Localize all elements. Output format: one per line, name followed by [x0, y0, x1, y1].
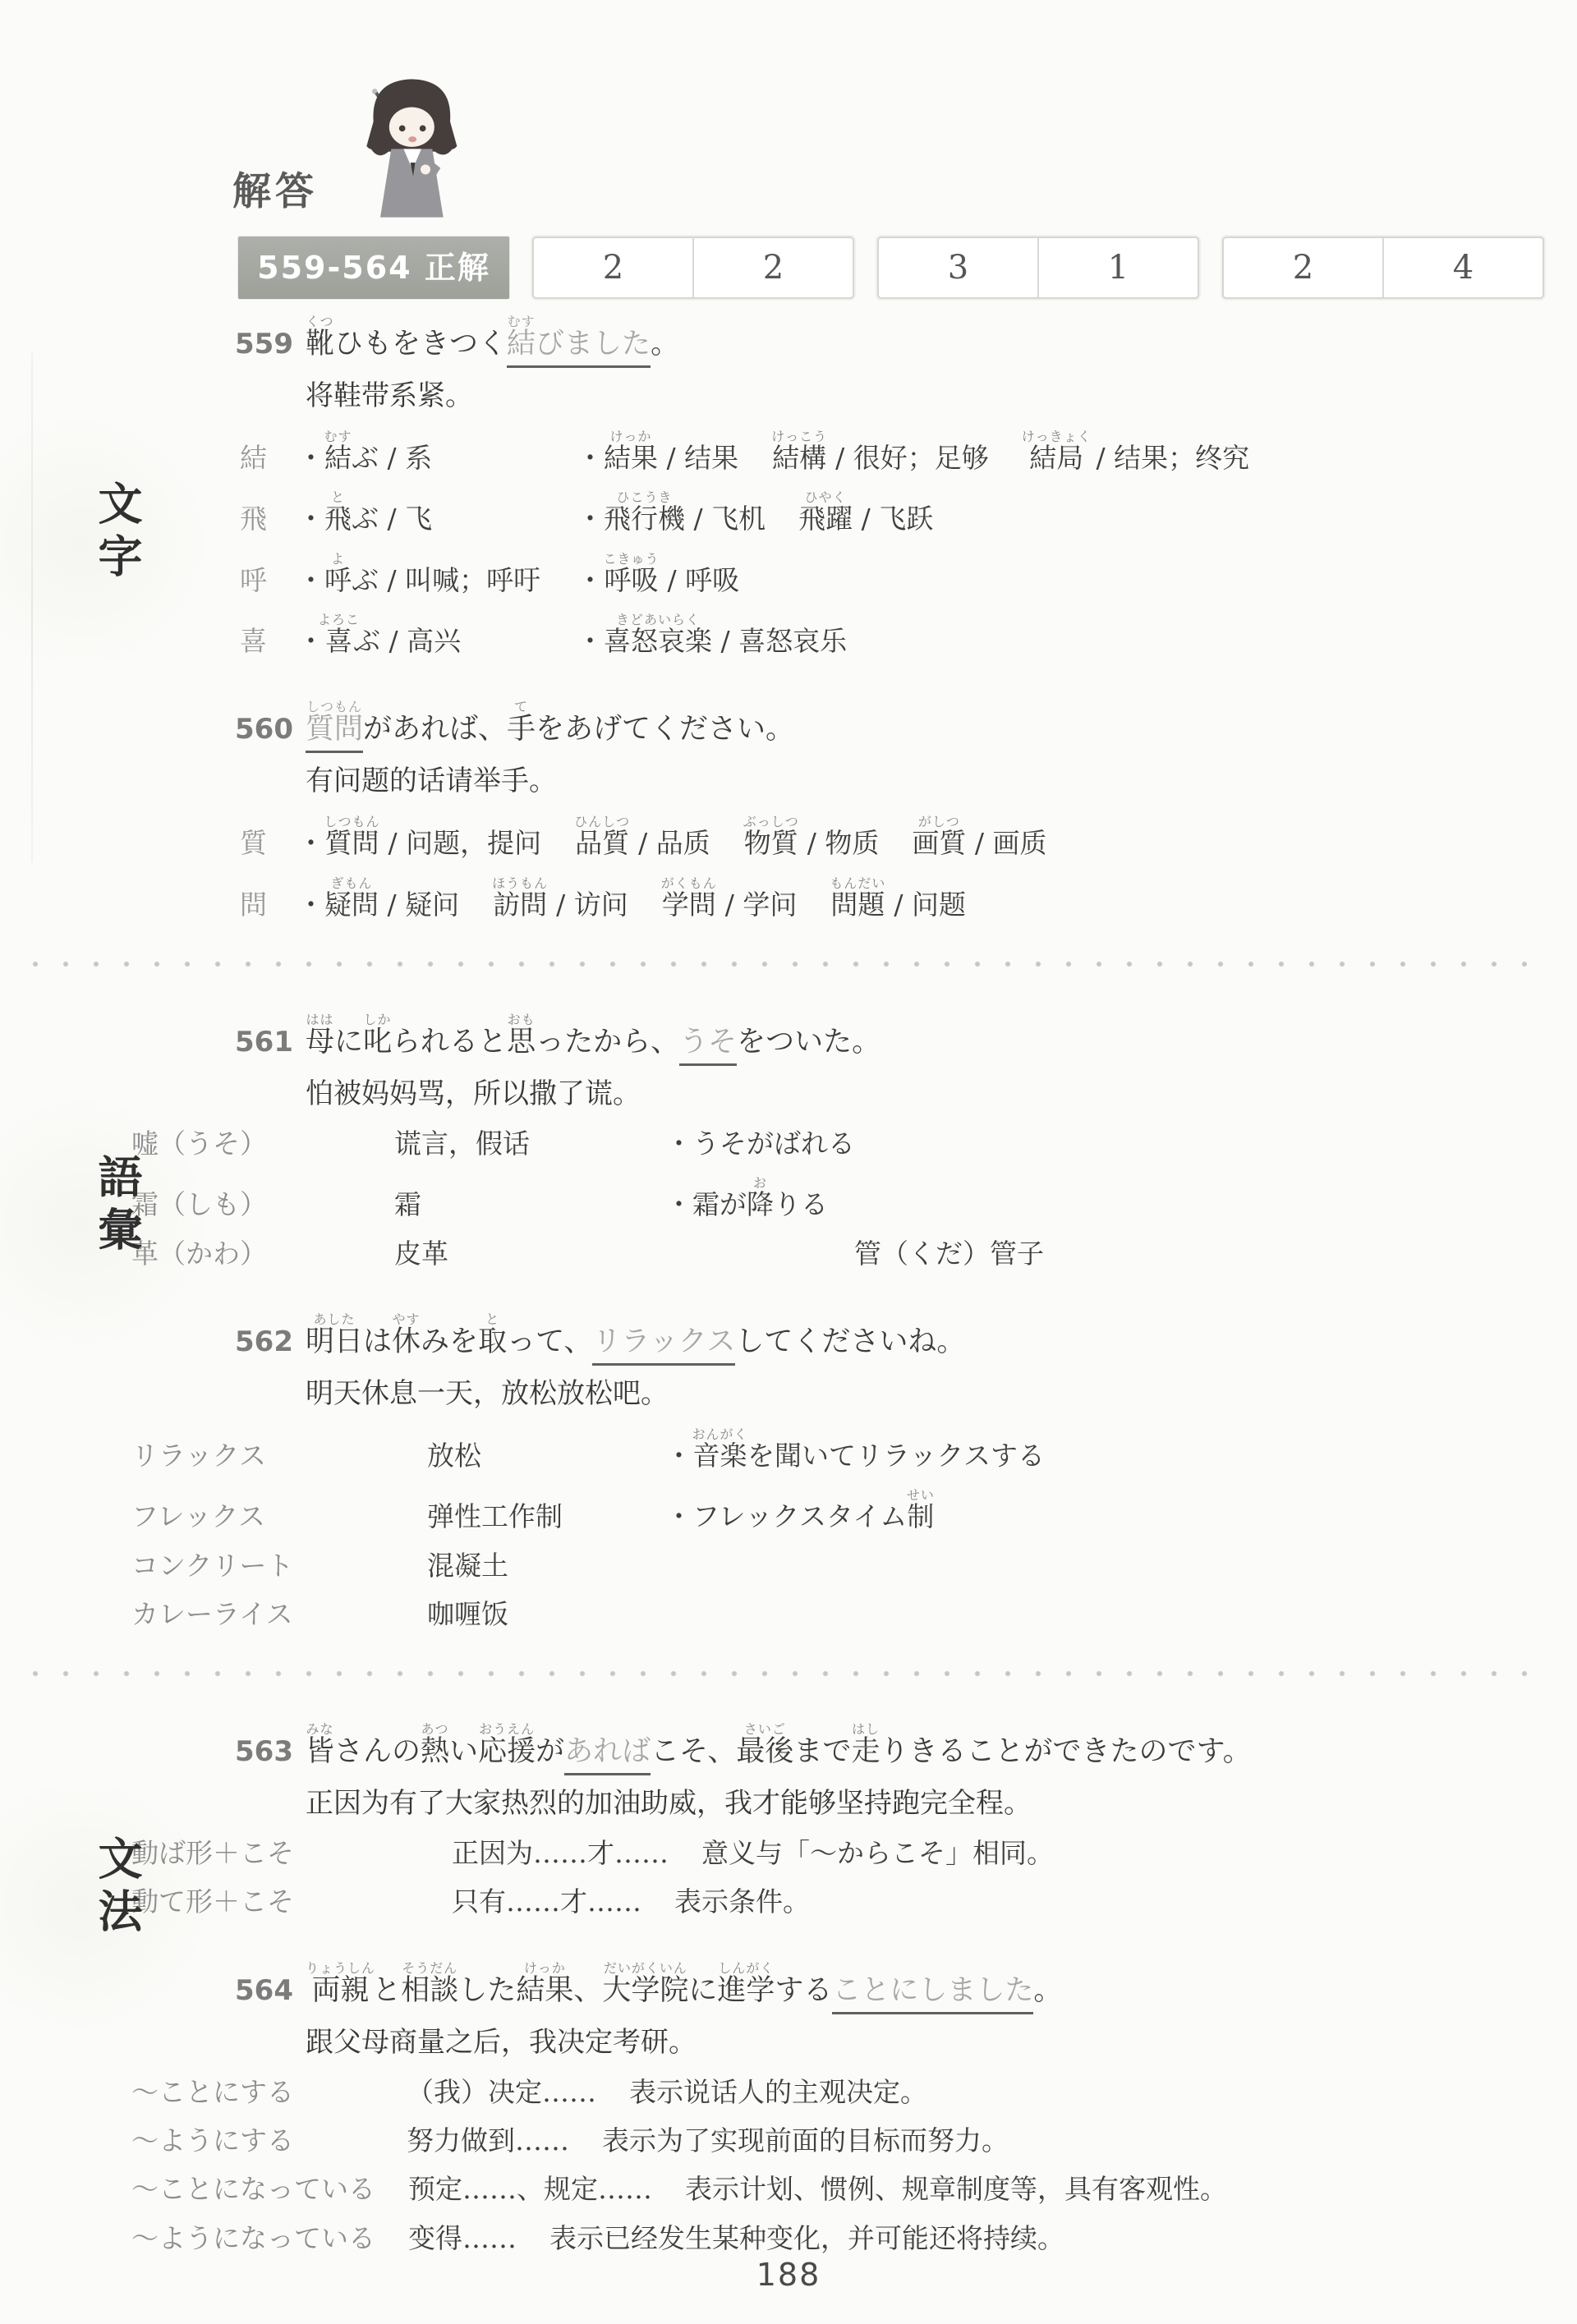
- text-segment: 谎言，假话: [394, 1128, 530, 1160]
- text-segment: 革（かわ）: [131, 1238, 267, 1270]
- question-block-559: 559靴くつひもをきつく結むすびました。将鞋带系紧。結・結むすぶ / 系・結果け…: [131, 314, 1577, 658]
- text-segment: / 飞跃: [853, 503, 933, 535]
- answer-cell: 3: [879, 238, 1037, 297]
- vocab-part: 飛躍ひやく / 飞跃: [798, 489, 933, 535]
- answer-cell: 1: [1037, 238, 1198, 297]
- text-segment: / 飞机: [685, 503, 766, 535]
- vocab-table: 嘘（うそ）谎言，假话・うそがばれる霜（しも）霜・霜が降おりる革（かわ）皮革管（く…: [131, 1125, 1577, 1270]
- dotted-divider: [29, 1667, 1552, 1680]
- ruby-text: 手て: [507, 713, 536, 746]
- vocab-row: 嘘（うそ）谎言，假话・うそがばれる: [131, 1125, 1577, 1160]
- answer-cells: 223124: [532, 237, 1544, 299]
- vocab-part: 表示已经发生某种变化，并可能还将持续。: [549, 2221, 1064, 2255]
- vocab-part: 品質ひんしつ / 品质: [574, 814, 710, 860]
- vocab-part: カレーライス: [131, 1597, 394, 1631]
- vocab-part: 谎言，假话: [394, 1127, 632, 1160]
- vocab-part: ・音楽おんがくを聞いてリラックスする: [665, 1426, 1045, 1472]
- question-block-560: 560質問しつもんがあれば、手てをあげてください。有问题的话请举手。質・質問しつ…: [131, 699, 1577, 921]
- text-segment: 预定……、规定……: [408, 2173, 652, 2205]
- ruby-text: 学問がくもん: [661, 889, 717, 921]
- vocab-table: リラックス放松・音楽おんがくを聞いてリラックスするフレックス弹性工作制・フレック…: [131, 1425, 1577, 1631]
- text-segment: / 疑问: [379, 889, 459, 921]
- text-segment: ・: [297, 442, 324, 474]
- vocab-part: 预定……、规定……: [408, 2172, 652, 2206]
- answer-cell-group: 31: [877, 237, 1199, 299]
- vocab-part: 霜（しも）: [131, 1187, 361, 1221]
- ruby-text: 音楽おんがく: [692, 1440, 747, 1472]
- vocab-part: ・飛行機ひこうき / 飞机: [577, 489, 766, 535]
- ruby-text: 訪問ほうもん: [492, 889, 548, 921]
- text-segment: ぶ / 系: [352, 442, 432, 474]
- answer-cell: 4: [1382, 238, 1543, 297]
- dotted-divider: [29, 958, 1552, 971]
- question-line: 559靴くつひもをきつく結むすびました。: [131, 314, 1577, 361]
- text-segment: ったから、: [536, 1026, 679, 1059]
- question-sentence: 両親りょうしんと相談そうだんした結果けっか、大学院だいがくいんに進学しんがくする…: [306, 1974, 1062, 2014]
- text-segment: / 访问: [548, 889, 628, 921]
- question-number: 562: [235, 1325, 306, 1359]
- text-segment: した: [458, 1974, 516, 2007]
- text-segment: 正因为……才……: [452, 1837, 669, 1869]
- vocab-part: 問題もんだい / 问题: [830, 875, 966, 921]
- ruby-text: 結むす: [324, 442, 352, 474]
- text-segment: をあげてください。: [536, 713, 794, 746]
- ruby-text: 質問しつもん: [306, 713, 363, 746]
- text-segment: する: [775, 1974, 832, 2007]
- text-segment: ～ことになっている: [131, 2173, 375, 2205]
- text-segment: フレックス: [131, 1500, 265, 1532]
- text-segment: 。: [651, 328, 679, 361]
- answer-cell: 2: [1224, 238, 1382, 297]
- vocab-part: ・喜よろこぶ / 高兴: [297, 612, 544, 658]
- text-segment: を聞いてリラックスする: [747, 1440, 1045, 1472]
- text-segment: / 结果；终究: [1087, 442, 1249, 474]
- text-segment: 表示条件。: [674, 1885, 810, 1918]
- text-segment: ・: [297, 503, 324, 535]
- question-translation: 将鞋带系紧。: [306, 378, 1577, 414]
- vocab-part: 表示条件。: [674, 1885, 810, 1918]
- ruby-text: 熱あつ: [421, 1735, 449, 1768]
- text-segment: 意义与「～からこそ」相同。: [701, 1837, 1054, 1869]
- question-sentence: 母ははに叱しかられると思おもったから、うそをついた。: [306, 1026, 880, 1066]
- vocab-part: 表示计划、惯例、规章制度等，具有客观性。: [685, 2172, 1227, 2206]
- text-segment: びました: [536, 328, 651, 361]
- text-segment: 。: [1033, 1974, 1062, 2007]
- text-segment: （我）决定……: [407, 2076, 596, 2108]
- ruby-text: 呼よ: [324, 564, 352, 596]
- vocab-row: 飛・飛とぶ / 飞・飛行機ひこうき / 飞机飛躍ひやく / 飞跃: [131, 488, 1577, 535]
- answer-underline: うそ: [679, 1026, 737, 1066]
- text-segment: りる: [774, 1188, 828, 1220]
- text-segment: ・霜が: [665, 1188, 747, 1220]
- text-segment: / 画质: [966, 827, 1046, 859]
- vocab-part: 放松: [427, 1439, 632, 1472]
- vocab-row: 霜（しも）霜・霜が降おりる: [131, 1173, 1577, 1221]
- question-line: 560質問しつもんがあれば、手てをあげてください。: [131, 699, 1577, 746]
- vocab-part: 混凝土: [427, 1549, 632, 1582]
- vocab-part: 動ば形＋こそ: [131, 1836, 419, 1870]
- vocab-part: ～ようにする: [131, 2124, 374, 2157]
- ruby-text: 画質がしつ: [912, 827, 966, 859]
- sidebar-label-文字: 文字: [85, 480, 149, 586]
- answer-key-label: 559-564 正解: [238, 237, 509, 299]
- ruby-text: 叱しか: [363, 1026, 392, 1059]
- ruby-text: 走はし: [851, 1735, 880, 1768]
- text-segment: カレーライス: [131, 1598, 293, 1630]
- answer-cell: 2: [534, 238, 692, 297]
- text-segment: に: [334, 1026, 363, 1059]
- ruby-text: 思おも: [507, 1026, 536, 1059]
- text-segment: ～ことにする: [131, 2076, 294, 2108]
- question-translation: 有问题的话请举手。: [306, 763, 1577, 799]
- vocab-row: 喜・喜よろこぶ / 高兴・喜怒哀楽きどあいらく / 喜怒哀乐: [131, 610, 1577, 658]
- vocab-part: 結構けっこう / 很好；足够: [771, 429, 989, 475]
- vocab-part: コンクリート: [131, 1549, 394, 1582]
- vocab-row: 動て形＋こそ只有……才……表示条件。: [131, 1883, 1577, 1918]
- ruby-text: 呼吸こきゅう: [604, 564, 659, 596]
- vocab-row: 動ば形＋こそ正因为……才……意义与「～からこそ」相同。: [131, 1835, 1577, 1870]
- text-segment: ぶ / 飞: [352, 503, 432, 535]
- vocab-part: ・呼吸こきゅう / 呼吸: [577, 551, 739, 597]
- answer-underline: リラックス: [592, 1325, 735, 1366]
- vocab-row: 問・疑問ぎもん / 疑问訪問ほうもん / 访问学問がくもん / 学问問題もんだい…: [131, 874, 1577, 921]
- text-segment: 動ば形＋こそ: [131, 1837, 294, 1869]
- answer-underline: あれば: [564, 1735, 651, 1775]
- ruby-text: 喜怒哀楽きどあいらく: [604, 625, 712, 657]
- text-segment: 表示说话人的主观决定。: [629, 2076, 927, 2108]
- vocab-part: ・呼よぶ / 叫喊；呼吁: [297, 551, 544, 597]
- vocab-part: ・結むすぶ / 系: [297, 429, 544, 475]
- text-segment: 咖喱饭: [427, 1598, 508, 1630]
- vocab-row: フレックス弹性工作制・フレックスタイム制せい: [131, 1486, 1577, 1533]
- text-segment: 只有……才……: [452, 1885, 641, 1918]
- questions-area: 559靴くつひもをきつく結むすびました。将鞋带系紧。結・結むすぶ / 系・結果け…: [0, 305, 1577, 2255]
- vocab-table: 質・質問しつもん / 问题，提问品質ひんしつ / 品质物質ぶっしつ / 物质画質…: [131, 812, 1577, 921]
- vocab-row: リラックス放松・音楽おんがくを聞いてリラックスする: [131, 1425, 1577, 1472]
- question-line: 564両親りょうしんと相談そうだんした結果けっか、大学院だいがくいんに進学しんが…: [131, 1960, 1577, 2008]
- ruby-text: 結局けっきょく: [1022, 442, 1087, 474]
- vocab-row: カレーライス咖喱饭: [131, 1596, 1577, 1631]
- sidebar-label-語彙: 語彙: [85, 1154, 149, 1259]
- vocab-table: 結・結むすぶ / 系・結果けっか / 结果結構けっこう / 很好；足够結局けっき…: [131, 427, 1577, 658]
- text-segment: 弹性工作制: [427, 1500, 563, 1532]
- ruby-text: 制せい: [907, 1500, 935, 1532]
- vocab-head-kanji: 喜: [240, 624, 297, 658]
- text-segment: って、: [507, 1325, 592, 1358]
- ruby-text: 質問しつもん: [324, 827, 379, 859]
- ruby-text: 喜よろこ: [324, 625, 353, 657]
- vocab-part: 革（かわ）: [131, 1237, 361, 1270]
- text-segment: があれば、: [363, 713, 507, 746]
- vocab-head-kanji: 呼: [240, 563, 297, 597]
- ruby-text: 結むす: [507, 328, 536, 361]
- vocab-row: コンクリート混凝土: [131, 1547, 1577, 1582]
- page-number: 188: [756, 2257, 821, 2293]
- question-block-562: 562明日あしたは休やすみを取とって、リラックスしてくださいね。明天休息一天，放…: [131, 1311, 1577, 1631]
- ruby-text: 靴くつ: [306, 328, 334, 361]
- ruby-text: 物質ぶっしつ: [743, 827, 799, 859]
- vocab-row: 革（かわ）皮革管（くだ）管子: [131, 1235, 1577, 1270]
- ruby-text: 両親りょうしん: [306, 1974, 372, 2007]
- vocab-part: 弹性工作制: [427, 1500, 632, 1533]
- text-segment: ひもをきつく: [334, 328, 507, 361]
- question-sentence: 靴くつひもをきつく結むすびました。: [306, 328, 679, 368]
- vocab-part: 動て形＋こそ: [131, 1885, 419, 1918]
- text-segment: 、: [573, 1974, 602, 2007]
- ruby-text: 結構けっこう: [771, 442, 827, 474]
- vocab-part: 努力做到……: [407, 2124, 569, 2157]
- vocab-part: ・霜が降おりる: [665, 1175, 828, 1221]
- text-segment: 努力做到……: [407, 2124, 569, 2156]
- question-number: 561: [235, 1026, 306, 1059]
- text-segment: 放松: [427, 1440, 481, 1472]
- question-sentence: 皆みなさんの熱あつい応援おうえんがあればこそ、最後さいごまで走はしりきることがで…: [306, 1735, 1252, 1775]
- vocab-head-kanji: 飛: [240, 502, 297, 535]
- vocab-part: ・飛とぶ / 飞: [297, 489, 544, 535]
- vocab-head-kanji: 結: [240, 441, 297, 475]
- answer-key-bar: 559-564 正解 223124: [238, 237, 1544, 299]
- answer-underline: 結むすびました: [507, 328, 651, 368]
- text-segment: 皮革: [394, 1238, 448, 1270]
- ruby-text: 進学しんがく: [717, 1974, 775, 2007]
- vocab-row: ～ことになっている预定……、规定……表示计划、惯例、规章制度等，具有客观性。: [131, 2170, 1577, 2206]
- ruby-text: 皆みな: [306, 1735, 334, 1768]
- text-segment: ・: [577, 503, 604, 535]
- text-segment: ・: [665, 1440, 692, 1472]
- text-segment: 变得……: [408, 2222, 517, 2254]
- text-segment: ・: [577, 564, 604, 596]
- vocab-part: 变得……: [408, 2221, 517, 2255]
- vocab-part: 皮革: [394, 1237, 632, 1270]
- text-segment: / 很好；足够: [827, 442, 989, 474]
- vocab-part: 霜: [394, 1187, 632, 1221]
- ruby-text: 応援おうえん: [478, 1735, 536, 1768]
- text-segment: / 喜怒哀乐: [712, 625, 847, 657]
- vocab-part: ・結果けっか / 结果: [577, 429, 738, 475]
- text-segment: をついた。: [737, 1026, 880, 1059]
- answer-underline: ことにしました: [832, 1974, 1033, 2014]
- text-segment: / 结果: [658, 442, 738, 474]
- text-segment: は: [363, 1325, 392, 1358]
- vocab-part: フレックス: [131, 1500, 394, 1533]
- text-segment: ぶ / 叫喊；呼吁: [352, 564, 540, 596]
- vocab-row: ～ことにする（我）决定……表示说话人的主观决定。: [131, 2074, 1577, 2109]
- text-segment: みを: [421, 1325, 478, 1358]
- question-block-561: 561母ははに叱しかられると思おもったから、うそをついた。怕被妈妈骂，所以撒了谎…: [131, 1012, 1577, 1270]
- question-translation: 正因为有了大家热烈的加油助威，我才能够坚持跑完全程。: [306, 1785, 1577, 1821]
- text-segment: 霜（しも）: [131, 1188, 267, 1220]
- question-number: 559: [235, 328, 306, 361]
- text-segment: ～ようにする: [131, 2124, 294, 2156]
- question-sentence: 明日あしたは休やすみを取とって、リラックスしてくださいね。: [306, 1325, 965, 1366]
- text-segment: / 学问: [716, 889, 797, 921]
- text-segment: / 物质: [798, 827, 879, 859]
- vocab-part: 画質がしつ / 画质: [912, 814, 1046, 860]
- text-segment: / 问题，提问: [379, 827, 541, 859]
- ruby-text: 相談そうだん: [401, 1974, 458, 2007]
- text-segment: 混凝土: [427, 1550, 508, 1582]
- text-segment: 動て形＋こそ: [131, 1885, 294, 1918]
- text-segment: うそ: [679, 1026, 737, 1059]
- text-segment: ・: [297, 564, 324, 596]
- text-segment: と: [372, 1974, 401, 2007]
- vocab-row: 結・結むすぶ / 系・結果けっか / 结果結構けっこう / 很好；足够結局けっき…: [131, 427, 1577, 475]
- vocab-part: ・フレックスタイム制せい: [665, 1487, 935, 1533]
- page-title: 解答: [232, 161, 318, 216]
- ruby-text: 母はは: [306, 1026, 334, 1059]
- ruby-text: 疑問ぎもん: [324, 889, 379, 921]
- vocab-part: ・疑問ぎもん / 疑问: [297, 875, 459, 921]
- text-segment: ・: [577, 442, 604, 474]
- vocab-head-kanji: 質: [240, 826, 297, 860]
- vocab-part: リラックス: [131, 1439, 394, 1472]
- teacher-girl-icon: [335, 64, 475, 228]
- vocab-part: ～ようになっている: [131, 2221, 375, 2255]
- vocab-part: 只有……才……: [452, 1885, 641, 1918]
- question-block-563: 563皆みなさんの熱あつい応援おうえんがあればこそ、最後さいごまで走はしりきるこ…: [131, 1721, 1577, 1919]
- text-segment: ・フレックスタイム: [665, 1500, 907, 1532]
- question-number: 560: [235, 713, 306, 746]
- text-segment: 嘘（うそ）: [131, 1128, 267, 1160]
- vocab-table: ～ことにする（我）决定……表示说话人的主观决定。～ようにする努力做到……表示为了…: [131, 2074, 1577, 2255]
- vocab-part: ～ことになっている: [131, 2172, 375, 2206]
- ruby-text: 休やす: [392, 1325, 421, 1358]
- vocab-part: ・質問しつもん / 问题，提问: [297, 814, 541, 860]
- text-segment: 表示已经发生某种变化，并可能还将持续。: [549, 2222, 1064, 2254]
- text-segment: ・: [297, 827, 324, 859]
- text-segment: してくださいね。: [735, 1325, 965, 1358]
- question-translation: 怕被妈妈骂，所以撒了谎。: [306, 1076, 1577, 1112]
- ruby-text: 品質ひんしつ: [574, 827, 630, 859]
- vocab-row: ～ようにする努力做到……表示为了实现前面的目标而努力。: [131, 2122, 1577, 2157]
- vocab-part: 嘘（うそ）: [131, 1127, 361, 1160]
- ruby-text: 取と: [478, 1325, 507, 1358]
- answer-cell-group: 22: [532, 237, 854, 299]
- text-segment: リラックス: [131, 1440, 266, 1472]
- text-segment: ぶ / 高兴: [353, 625, 461, 657]
- teacher-girl-illustration: [335, 64, 475, 232]
- page-footer: 188: [0, 2257, 1577, 2293]
- text-segment: 霜: [394, 1188, 421, 1220]
- ruby-text: 降お: [747, 1188, 774, 1220]
- text-segment: あれば: [564, 1735, 651, 1768]
- question-sentence: 質問しつもんがあれば、手てをあげてください。: [306, 713, 794, 753]
- answer-underline: 質問しつもん: [306, 713, 363, 753]
- vocab-row: ～ようになっている变得……表示已经发生某种变化，并可能还将持续。: [131, 2220, 1577, 2255]
- ruby-text: 最後さいご: [736, 1735, 793, 1768]
- answer-cell: 2: [692, 238, 853, 297]
- text-segment: まで: [793, 1735, 851, 1768]
- question-line: 561母ははに叱しかられると思おもったから、うそをついた。: [131, 1012, 1577, 1059]
- text-segment: 表示计划、惯例、规章制度等，具有客观性。: [685, 2173, 1227, 2205]
- text-segment: りきることができたのです。: [880, 1735, 1251, 1768]
- text-segment: リラックス: [592, 1325, 735, 1358]
- vocab-part: ・喜怒哀楽きどあいらく / 喜怒哀乐: [577, 612, 847, 658]
- text-segment: ～ようになっている: [131, 2222, 375, 2254]
- question-line: 562明日あしたは休やすみを取とって、リラックスしてくださいね。: [131, 1311, 1577, 1359]
- vocab-row: 呼・呼よぶ / 叫喊；呼吁・呼吸こきゅう / 呼吸: [131, 549, 1577, 597]
- sidebar-label-文法: 文法: [85, 1835, 149, 1940]
- text-segment: ことにしました: [832, 1974, 1033, 2007]
- vocab-part: 表示为了实现前面的目标而努力。: [602, 2124, 1009, 2157]
- ruby-text: 飛躍ひやく: [798, 503, 853, 535]
- text-segment: 管（くだ）管子: [854, 1238, 1044, 1270]
- text-segment: / 品质: [630, 827, 710, 859]
- vocab-part: 物質ぶっしつ / 物质: [743, 814, 880, 860]
- vocab-part: ・うそがばれる: [665, 1127, 855, 1160]
- ruby-text: 問題もんだい: [830, 889, 885, 921]
- question-block-564: 564両親りょうしんと相談そうだんした結果けっか、大学院だいがくいんに進学しんが…: [131, 1960, 1577, 2255]
- answer-cell-group: 24: [1222, 237, 1544, 299]
- question-line: 563皆みなさんの熱あつい応援おうえんがあればこそ、最後さいごまで走はしりきるこ…: [131, 1721, 1577, 1769]
- text-segment: ・: [577, 625, 604, 657]
- vocab-part: 学問がくもん / 学问: [661, 875, 798, 921]
- question-number: 564: [235, 1974, 306, 2008]
- ruby-text: 飛と: [324, 503, 352, 535]
- vocab-part: 意义与「～からこそ」相同。: [701, 1836, 1054, 1870]
- question-translation: 明天休息一天，放松放松吧。: [306, 1376, 1577, 1412]
- ruby-text: 結果けっか: [604, 442, 658, 474]
- vocab-part: 咖喱饭: [427, 1597, 632, 1631]
- text-segment: 表示为了实现前面的目标而努力。: [602, 2124, 1009, 2156]
- text-segment: こそ、: [651, 1735, 736, 1768]
- vocab-part: 表示说话人的主观决定。: [629, 2075, 927, 2109]
- vocab-part: 訪問ほうもん / 访问: [492, 875, 628, 921]
- ruby-text: 明日あした: [306, 1325, 363, 1358]
- text-segment: が: [536, 1735, 564, 1768]
- text-segment: に: [688, 1974, 717, 2007]
- vocab-table: 動ば形＋こそ正因为……才……意义与「～からこそ」相同。動て形＋こそ只有……才………: [131, 1835, 1577, 1919]
- ruby-text: 飛行機ひこうき: [604, 503, 685, 535]
- text-segment: / 呼吸: [659, 564, 739, 596]
- ruby-text: 結果けっか: [516, 1974, 573, 2007]
- text-segment: / 问题: [885, 889, 966, 921]
- text-segment: さんの: [334, 1735, 421, 1768]
- vocab-part: ～ことにする: [131, 2075, 374, 2109]
- vocab-part: 結局けっきょく / 结果；终究: [1022, 429, 1249, 475]
- text-segment: られると: [392, 1026, 507, 1059]
- ruby-text: 大学院だいがくいん: [602, 1974, 688, 2007]
- text-segment: ・: [297, 889, 324, 921]
- text-segment: ・うそがばれる: [665, 1128, 855, 1160]
- question-number: 563: [235, 1735, 306, 1769]
- vocab-head-kanji: 問: [240, 888, 297, 921]
- text-segment: い: [449, 1735, 478, 1768]
- vocab-part: 正因为……才……: [452, 1836, 669, 1870]
- text-segment: コンクリート: [131, 1550, 293, 1582]
- vocab-row: 質・質問しつもん / 问题，提问品質ひんしつ / 品质物質ぶっしつ / 物质画質…: [131, 812, 1577, 860]
- vocab-part: 管（くだ）管子: [854, 1237, 1044, 1270]
- question-translation: 跟父母商量之后，我决定考研。: [306, 2024, 1577, 2060]
- vocab-part: （我）决定……: [407, 2075, 596, 2109]
